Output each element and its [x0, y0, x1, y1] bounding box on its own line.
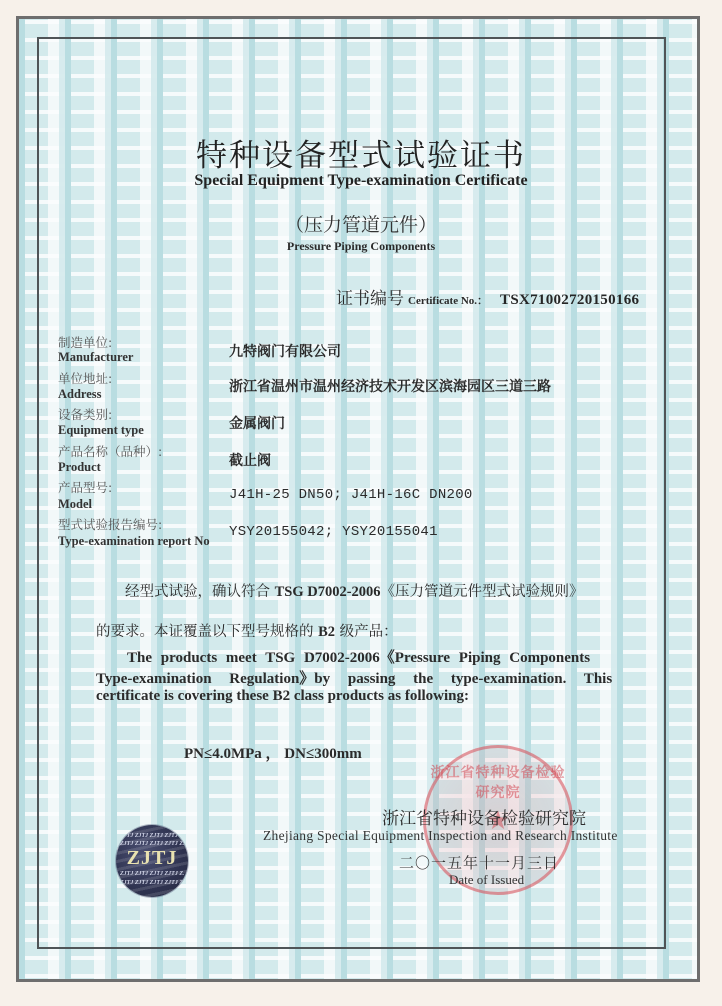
field-label-product-en: Product — [58, 460, 101, 475]
statement-cn-regulation-code: TSG D7002-2006 — [275, 584, 381, 600]
field-label-address-en: Address — [58, 387, 102, 402]
statement-en-line-3: certificate is covering these B2 class p… — [96, 688, 469, 705]
statement-cn-line-2: 的要求。本证覆盖以下型号规格的 B2 级产品： — [96, 620, 398, 641]
field-value-product: 截止阀 — [229, 450, 271, 470]
issuer-name-en: Zhejiang Special Equipment Inspection an… — [263, 828, 618, 844]
field-value-manufacturer: 九特阀门有限公司 — [229, 341, 341, 361]
certificate-number-label-en: Certificate No.： — [408, 295, 488, 307]
statement-en-line-2: Type-examination Regulation》by passing t… — [96, 667, 649, 688]
subtitle-english: Pressure Piping Components — [0, 239, 722, 254]
certificate-number-value: TSX71002720150166 — [500, 292, 639, 308]
issue-date-cn: 二〇一五年十一月三日 — [399, 852, 559, 873]
certificate-number-label-cn: 证书编号 — [336, 289, 404, 309]
field-label-manufacturer-en: Manufacturer — [58, 350, 133, 365]
issuer-name-cn: 浙江省特种设备检验研究院 — [382, 804, 586, 829]
pressure-diameter-spec: PN≤4.0MPa ， DN≤300mm — [184, 742, 362, 763]
statement-cn-text-2: 的要求。本证覆盖以下型号规格的 — [96, 624, 318, 640]
hologram-micro-text: ZJTJ ZJTJ ZJTJ ZJTJ ZJTJ — [120, 880, 184, 886]
statement-cn-regulation-name: 《压力管道元件型式试验规则》 — [381, 584, 584, 600]
field-value-address: 浙江省温州市温州经济技术开发区滨海园区三道三路 — [229, 376, 551, 396]
field-label-model-en: Model — [58, 497, 92, 512]
hologram-micro-text: ZJTJ ZJTJ ZJTJ ZJTJ ZJTJ — [120, 871, 184, 877]
hologram-logo-text: ZJTJ — [116, 847, 188, 870]
statement-cn-class: B2 — [318, 624, 335, 640]
field-label-address-cn: 单位地址: — [58, 369, 112, 387]
field-label-equipment-type-en: Equipment type — [58, 423, 144, 438]
title-english: Special Equipment Type-examination Certi… — [0, 172, 722, 190]
statement-cn-text-3: 级产品： — [335, 624, 398, 640]
hologram-seal-icon: ZJTJ ZJTJ ZJTJ ZJTJ ZJTJ ZJTJ ZJTJ ZJTJ … — [116, 825, 188, 897]
field-label-report-no-en: Type-examination report No — [58, 534, 210, 549]
field-value-equipment-type: 金属阀门 — [229, 413, 285, 433]
field-label-equipment-type-cn: 设备类别: — [58, 405, 112, 423]
field-label-manufacturer-cn: 制造单位: — [58, 333, 112, 351]
seal-text: 浙江省特种设备检验研究院 — [426, 762, 570, 802]
subtitle-chinese: （压力管道元件） — [0, 210, 722, 237]
statement-cn-line-1: 经型式试验，确认符合 TSG D7002-2006《压力管道元件型式试验规则》 — [125, 580, 584, 601]
issue-date-label: Date of Issued — [449, 872, 524, 888]
title-chinese: 特种设备型式试验证书 — [0, 130, 722, 175]
statement-cn-text: 经型式试验，确认符合 — [125, 584, 275, 600]
field-value-model: J41H-25 DN50; J41H-16C DN200 — [229, 487, 473, 503]
field-value-report-no: YSY20155042; YSY20155041 — [229, 524, 438, 540]
certificate-number: 证书编号Certificate No.：TSX71002720150166 — [336, 284, 639, 309]
field-label-report-no-cn: 型式试验报告编号: — [58, 515, 162, 533]
field-label-model-cn: 产品型号: — [58, 478, 112, 496]
hologram-micro-text: ZJTJ ZJTJ ZJTJ ZJTJ ZJTJ — [120, 833, 184, 839]
field-label-product-cn: 产品名称（品种）: — [58, 442, 162, 460]
statement-en-line-1: The products meet TSG D7002-2006《Pressur… — [127, 646, 590, 667]
